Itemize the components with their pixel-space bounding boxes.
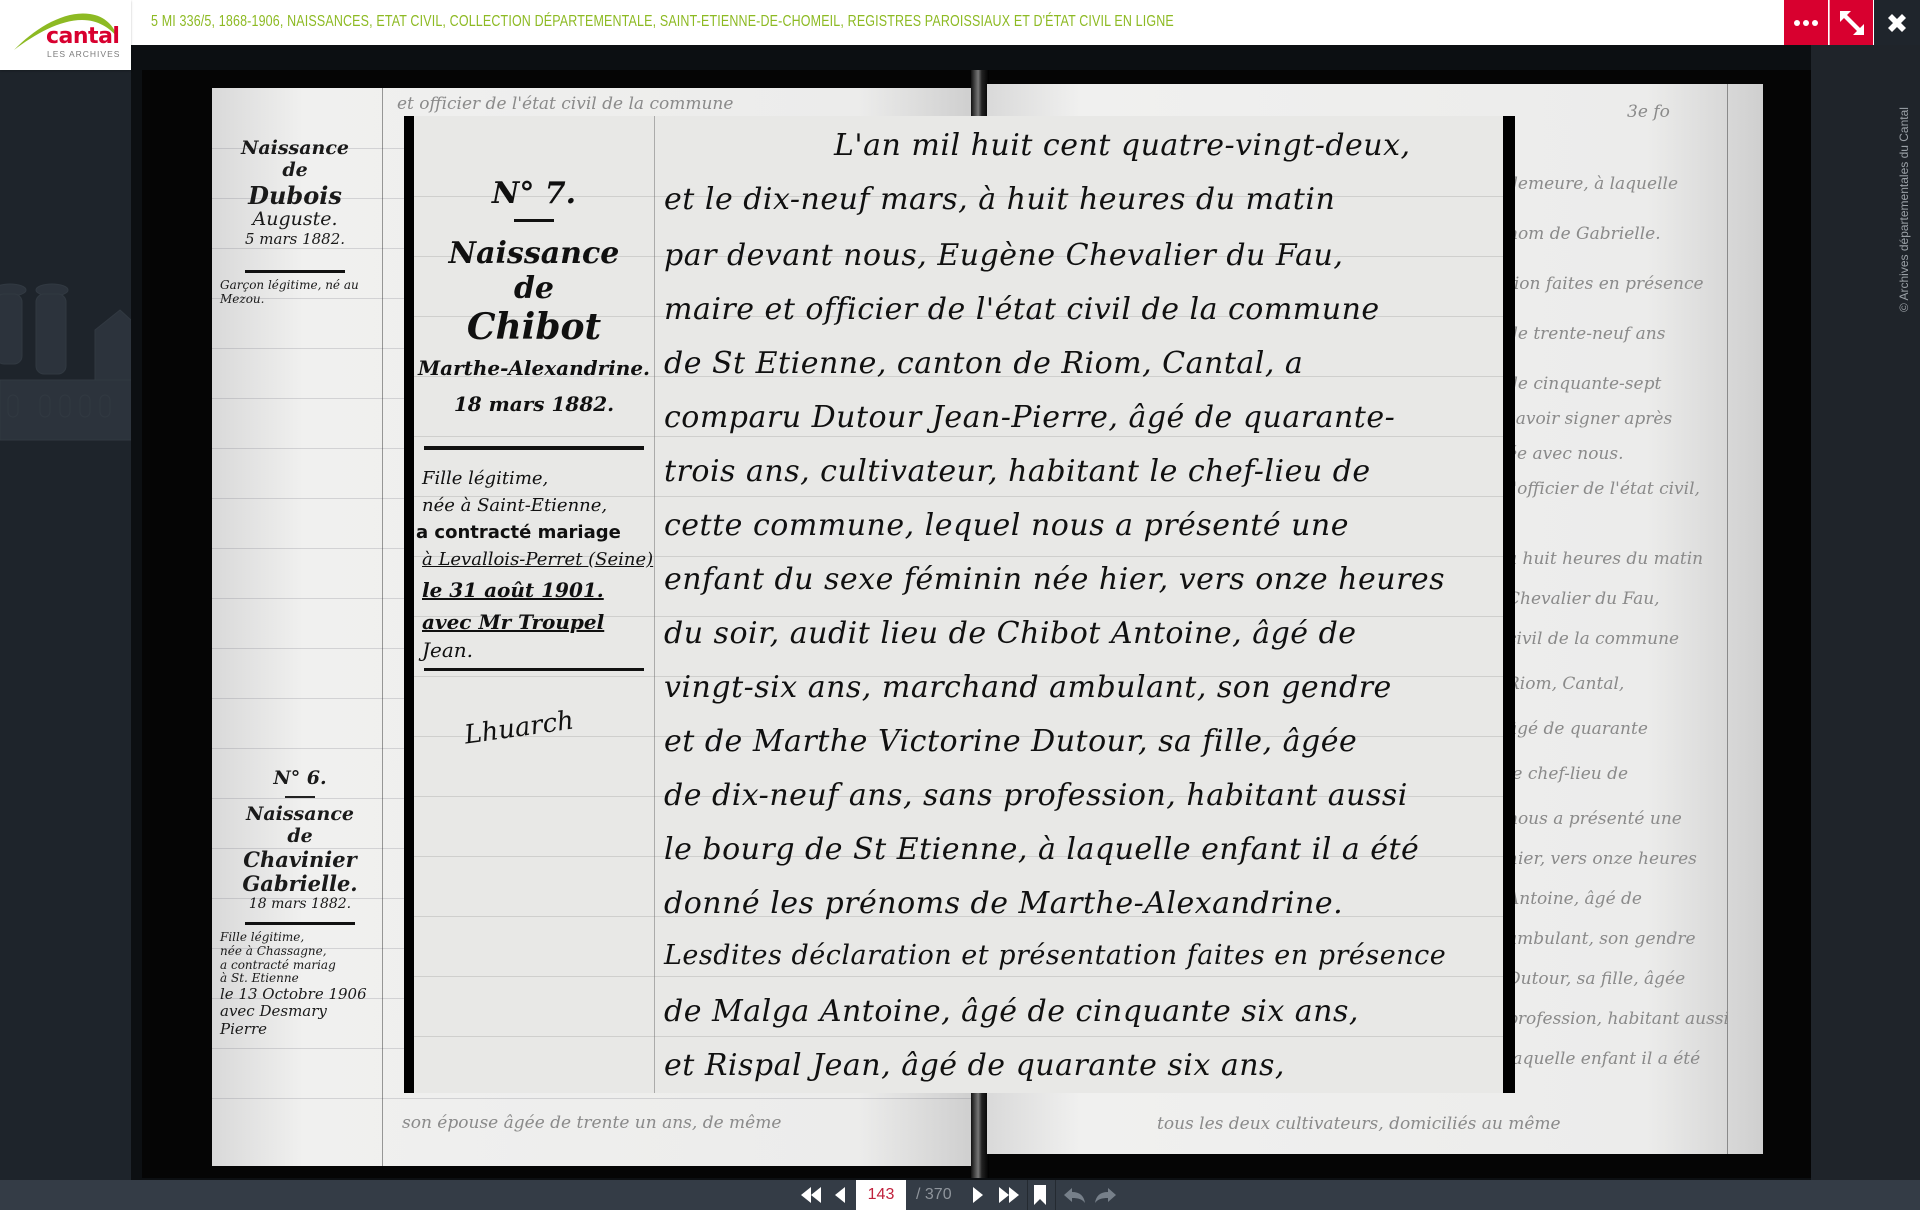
marriage-stamp: a contracté mariage <box>414 522 654 543</box>
top-header: 5 MI 336/5, 1868-1906, NAISSANCES, ETAT … <box>0 0 1920 45</box>
left-page-bottom-line: son épouse âgée de trente un ans, de mêm… <box>402 1113 781 1133</box>
copyright-notice: © Archives départementales du Cantal <box>1897 107 1911 312</box>
magnifier-lens[interactable]: N° 7. Naissance de Chibot Marthe-Alexand… <box>404 116 1515 1093</box>
next-page-button[interactable] <box>968 1180 988 1210</box>
entry-surname: Chibot <box>414 306 654 348</box>
close-x-icon <box>1885 11 1909 35</box>
first-page-icon <box>799 1186 823 1204</box>
undo-button[interactable] <box>1060 1180 1088 1210</box>
entry-number: N° 7. <box>414 176 654 211</box>
redo-icon <box>1094 1186 1118 1204</box>
bookmark-icon <box>1034 1185 1046 1205</box>
first-page-button[interactable] <box>798 1180 824 1210</box>
entry-given-names: Marthe-Alexandrine. <box>414 356 654 380</box>
magnifier-margin-entry: N° 7. Naissance de Chibot Marthe-Alexand… <box>414 176 654 741</box>
logo-wordmark: cantal <box>46 26 119 48</box>
entry-date: 18 mars 1882. <box>414 392 654 416</box>
bookmark-button[interactable] <box>1030 1180 1050 1210</box>
total-pages: / 370 <box>916 1186 952 1204</box>
last-page-icon <box>997 1186 1021 1204</box>
cantal-archives-logo[interactable]: cantal LES ARCHIVES <box>0 0 131 70</box>
margin-entry-dubois: Naissance de Dubois Auguste. 5 mars 1882… <box>220 138 370 307</box>
previous-page-icon <box>833 1186 847 1204</box>
next-page-icon <box>971 1186 985 1204</box>
current-page-input[interactable] <box>856 1180 906 1210</box>
signature: Lhuarch <box>413 694 655 757</box>
redo-button[interactable] <box>1092 1180 1120 1210</box>
close-viewer-button[interactable] <box>1874 0 1920 45</box>
document-title: 5 MI 336/5, 1868-1906, NAISSANCES, ETAT … <box>151 13 1174 31</box>
previous-page-button[interactable] <box>830 1180 850 1210</box>
page-navigation-toolbar: / 370 <box>0 1180 1920 1210</box>
background-illustration <box>0 270 142 530</box>
undo-icon <box>1062 1186 1086 1204</box>
last-page-button[interactable] <box>996 1180 1022 1210</box>
folio-number: 3e fo <box>1627 102 1670 122</box>
logo-subtitle: LES ARCHIVES <box>47 49 120 59</box>
fullscreen-button[interactable] <box>1829 0 1873 45</box>
margin-entry-chavinier: N° 6. Naissance de Chavinier Gabrielle. … <box>220 768 380 1038</box>
expand-arrows-icon <box>1837 8 1867 38</box>
left-page-header-line: et officier de l'état civil de la commun… <box>397 94 733 114</box>
ellipsis-icon <box>1794 20 1818 26</box>
more-options-button[interactable] <box>1784 0 1828 45</box>
